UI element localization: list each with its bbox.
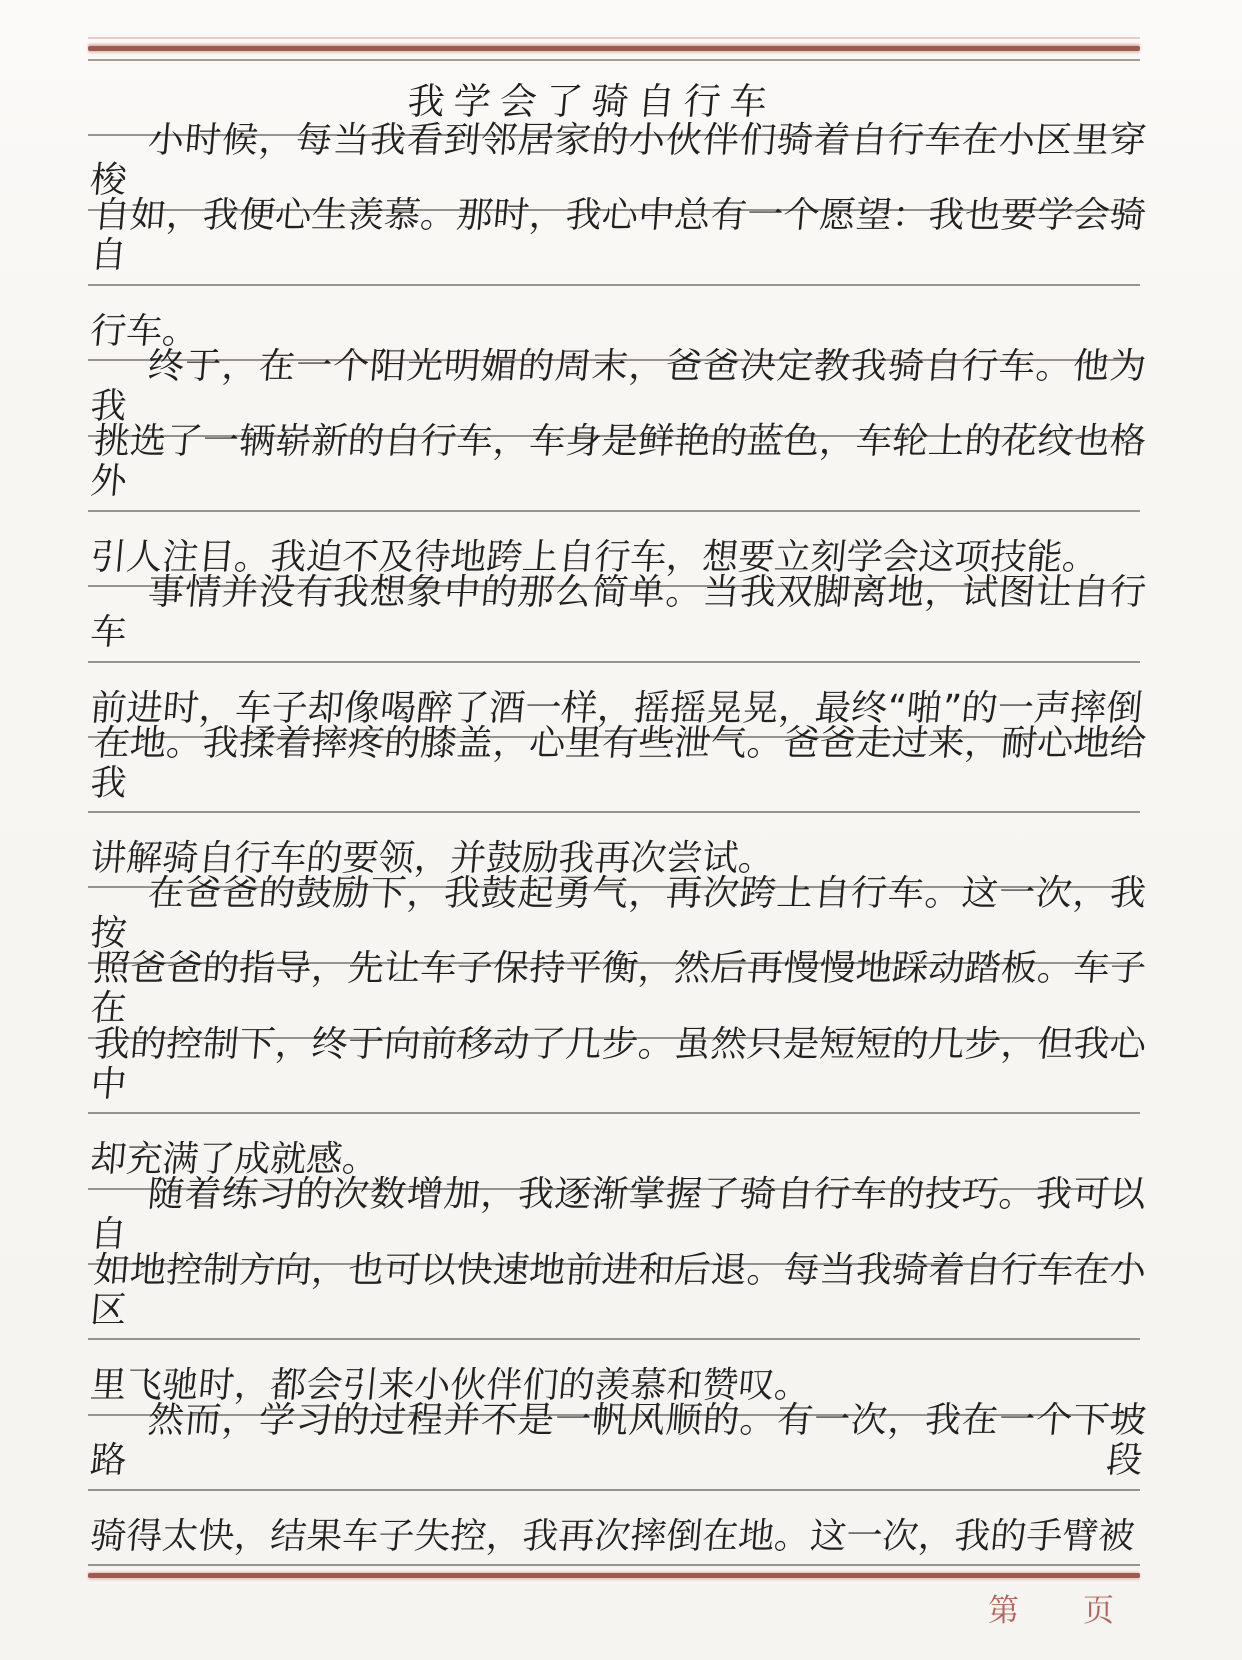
bottom-border-red-line (88, 1573, 1140, 1578)
essay-line-2: 自如，我便心生羡慕。那时，我心中总有一个愿望：我也要学会骑自 (88, 211, 1140, 286)
top-border-faint-line (88, 37, 1140, 39)
essay-line-18: 然而，学习的过程并不是一帆风顺的。有一次，我在一个下坡路段 (88, 1416, 1140, 1491)
essay-line-16: 如地控制方向，也可以快速地前进和后退。每当我骑着自行车在小区 (88, 1265, 1140, 1340)
essay-line-text: 在地。我揉着摔疼的膝盖，心里有些泄气。爸爸走过来，耐心地给我 (88, 724, 1148, 812)
footer-prefix-di: 第 (988, 1585, 1019, 1630)
essay-line-text: 我的控制下，终于向前移动了几步。虽然只是短短的几步，但我心中 (88, 1025, 1148, 1113)
essay-title: 我学会了骑自行车 (406, 71, 779, 125)
essay-line-text: 骑得太快，结果车子失控，我再次摔倒在地。这一次，我的手臂被 (88, 1517, 1144, 1564)
essay-line-text: 如地控制方向，也可以快速地前进和后退。每当我骑着自行车在小区 (88, 1251, 1148, 1339)
essay-line-13: 我的控制下，终于向前移动了几步。虽然只是短短的几步，但我心中 (88, 1039, 1140, 1114)
essay-line-text: 然而，学习的过程并不是一帆风顺的。有一次，我在一个下坡路段 (88, 1401, 1148, 1489)
essay-line-text: 挑选了一辆崭新的自行车，车身是鲜艳的蓝色，车轮上的花纹也格外 (88, 422, 1148, 510)
top-border-gray-line (88, 59, 1140, 61)
page-number-footer: 第 页 (88, 1585, 1140, 1630)
essay-line-text: 事情并没有我想象中的那么简单。当我双脚离地，试图让自行车 (88, 573, 1148, 661)
essay-line-text: 自如，我便心生羡慕。那时，我心中总有一个愿望：我也要学会骑自 (88, 196, 1148, 284)
essay-line-7: 事情并没有我想象中的那么简单。当我双脚离地，试图让自行车 (88, 587, 1140, 662)
notebook-page: 我学会了骑自行车 小时候，每当我看到邻居家的小伙伴们骑着自行车在小区里穿梭 自如… (0, 0, 1242, 1660)
top-border-red-line (88, 46, 1140, 51)
essay-line-9: 在地。我揉着摔疼的膝盖，心里有些泄气。爸爸走过来，耐心地给我 (88, 738, 1140, 813)
essay-line-19: 骑得太快，结果车子失控，我再次摔倒在地。这一次，我的手臂被 (88, 1491, 1140, 1566)
essay-line-5: 挑选了一辆崭新的自行车，车身是鲜艳的蓝色，车轮上的花纹也格外 (88, 437, 1140, 512)
footer-suffix-ye: 页 (1083, 1585, 1114, 1630)
